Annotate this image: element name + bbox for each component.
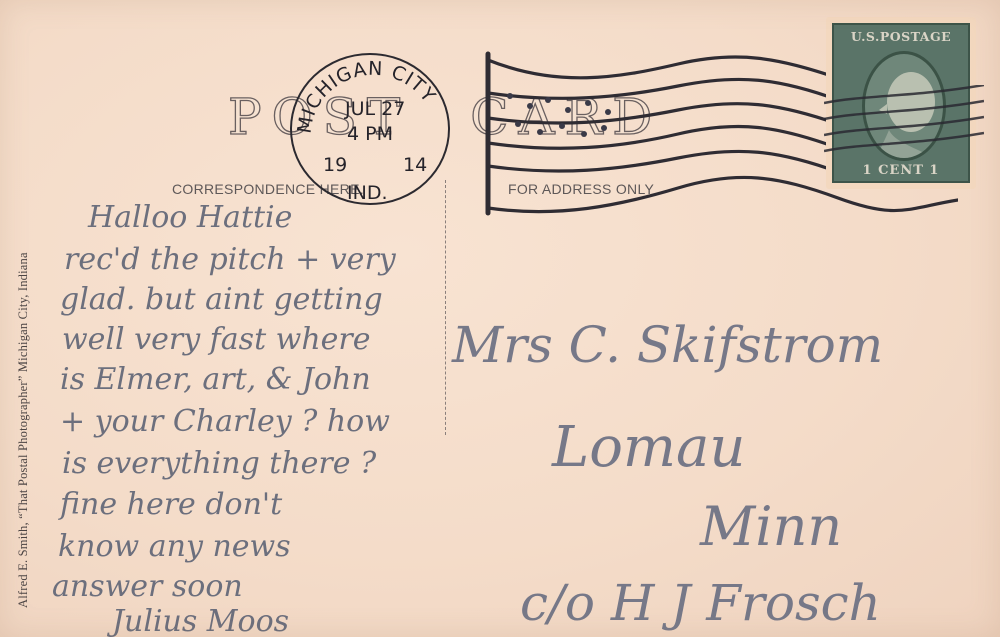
message-line: answer soon	[52, 572, 243, 602]
stamp-cancel-lines	[824, 85, 984, 155]
address-state: Minn	[700, 500, 842, 554]
message-line: Halloo Hattie	[88, 203, 292, 233]
stamp-top-text: U.S.POSTAGE	[834, 29, 968, 44]
message-line: fine here don't	[60, 490, 282, 520]
message-line: know any news	[58, 532, 291, 562]
publisher-imprint: Alfred E. Smith, “That Postal Photograph…	[16, 252, 31, 608]
postcard-back: Alfred E. Smith, “That Postal Photograph…	[0, 0, 1000, 637]
postage-stamp: U.S.POSTAGE 1 CENT 1	[826, 17, 976, 189]
postmark-year-right: 14	[403, 156, 427, 175]
message-line: + your Charley ? how	[60, 407, 390, 437]
message-signature: Julius Moos	[112, 607, 289, 637]
address-town: Lomau	[552, 420, 745, 476]
postmark-year-left: 19	[323, 156, 347, 175]
postmark-time: 4 PM	[347, 125, 393, 144]
message-line: is everything there ?	[62, 449, 376, 479]
message-line: rec'd the pitch + very	[64, 245, 396, 275]
message-line: well very fast where	[62, 325, 371, 355]
postmark-date: JUL 27	[345, 100, 405, 119]
postmark-state: IND.	[347, 184, 388, 203]
address-recipient: Mrs C. Skifstrom	[452, 320, 883, 370]
stamp-bottom-text: 1 CENT 1	[834, 163, 968, 178]
message-line: glad. but aint getting	[60, 285, 383, 315]
center-divider	[445, 180, 446, 435]
address-care-of: c/o H J Frosch	[520, 578, 881, 628]
postmark: MICHIGAN CITY JUL 27 4 PM 19 14 IND.	[285, 48, 457, 210]
message-line: is Elmer, art, & John	[60, 365, 371, 395]
